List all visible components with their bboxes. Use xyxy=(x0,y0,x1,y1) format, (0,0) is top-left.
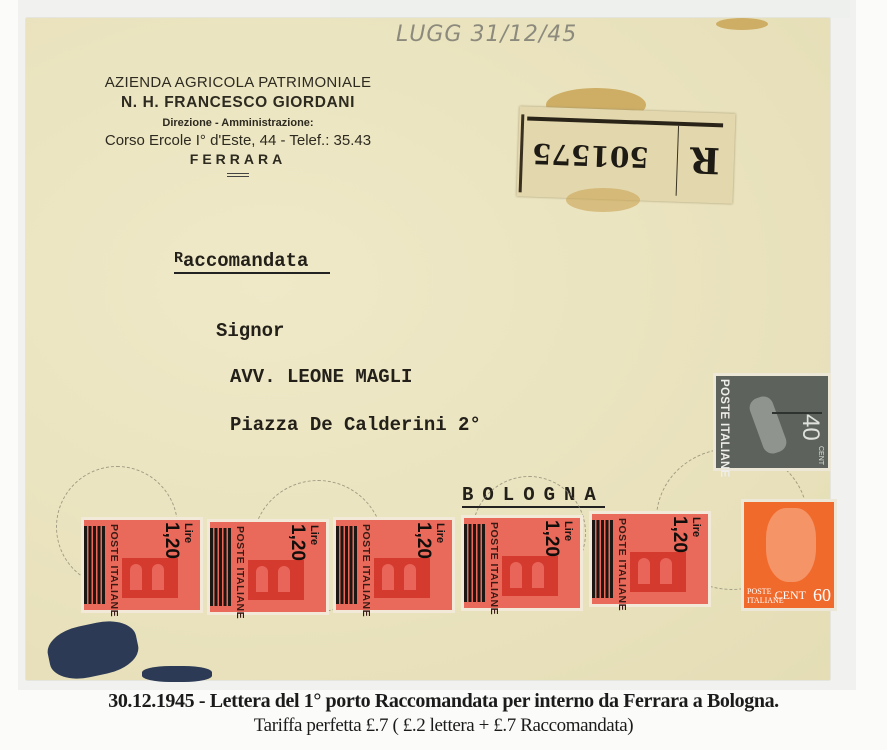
letterhead-rule xyxy=(227,173,249,177)
obliteration-bars xyxy=(84,526,106,604)
caption-title: 30.12.1945 - Lettera del 1° porto Raccom… xyxy=(0,690,887,713)
recipient-name: AVV. LEONE MAGLI xyxy=(230,366,412,388)
letterhead: AZIENDA AGRICOLA PATRIMONIALE N. H. FRAN… xyxy=(88,74,388,177)
obliteration-bars xyxy=(464,524,486,602)
pencil-note: LUGG 31/12/45 xyxy=(396,22,577,47)
registration-number: 501575 xyxy=(531,137,649,174)
ink-stain xyxy=(44,615,143,685)
building-icon xyxy=(122,558,178,598)
stamp-40-cent: POSTE ITALIANE 40 CENT xyxy=(716,376,828,468)
letterhead-department: Direzione - Amministrazione: xyxy=(88,117,388,129)
letterhead-company: AZIENDA AGRICOLA PATRIMONIALE xyxy=(88,74,388,91)
backing-fold xyxy=(330,0,850,18)
hand-icon xyxy=(747,394,789,457)
stamp-1-20-lire: POSTE ITALIANE 1,20 Lire xyxy=(210,522,326,612)
registration-letter: R xyxy=(689,138,720,181)
ink-stain xyxy=(142,666,212,682)
stamp-1-20-lire: POSTE ITALIANE 1,20 Lire xyxy=(464,518,580,608)
letterhead-owner: N. H. FRANCESCO GIORDANI xyxy=(88,94,388,112)
building-icon xyxy=(248,560,304,600)
registered-mail-line: Raccomandata xyxy=(174,250,330,274)
letterhead-city: FERRARA xyxy=(88,151,388,167)
glue-stain-bottom xyxy=(566,188,640,212)
obliteration-bars xyxy=(336,526,358,604)
building-icon xyxy=(374,558,430,598)
salutation: Signor xyxy=(216,320,284,342)
caption-tariff: Tariffa perfetta £.7 ( £.2 lettera + £.7… xyxy=(0,715,887,737)
envelope: LUGG 31/12/45 AZIENDA AGRICOLA PATRIMONI… xyxy=(26,18,830,680)
building-icon xyxy=(502,556,558,596)
letterhead-address: Corso Ercole I° d'Este, 44 - Telef.: 35.… xyxy=(88,132,388,149)
stamp-1-20-lire: POSTE ITALIANE 1,20 Lire xyxy=(592,514,708,604)
glue-stain xyxy=(716,18,768,30)
registration-label: 501575 R xyxy=(516,106,735,203)
recipient-street: Piazza De Calderini 2° xyxy=(230,414,481,436)
stamp-60-cent: POSTEITALIANE CENT 60 xyxy=(744,502,834,608)
obliteration-bars xyxy=(210,528,232,606)
stamp-1-20-lire: POSTE ITALIANE 1,20 Lire xyxy=(84,520,200,610)
italia-head-icon xyxy=(766,508,816,582)
stamp-1-20-lire: POSTE ITALIANE 1,20 Lire xyxy=(336,520,452,610)
building-icon xyxy=(630,552,686,592)
obliteration-bars xyxy=(592,520,614,598)
